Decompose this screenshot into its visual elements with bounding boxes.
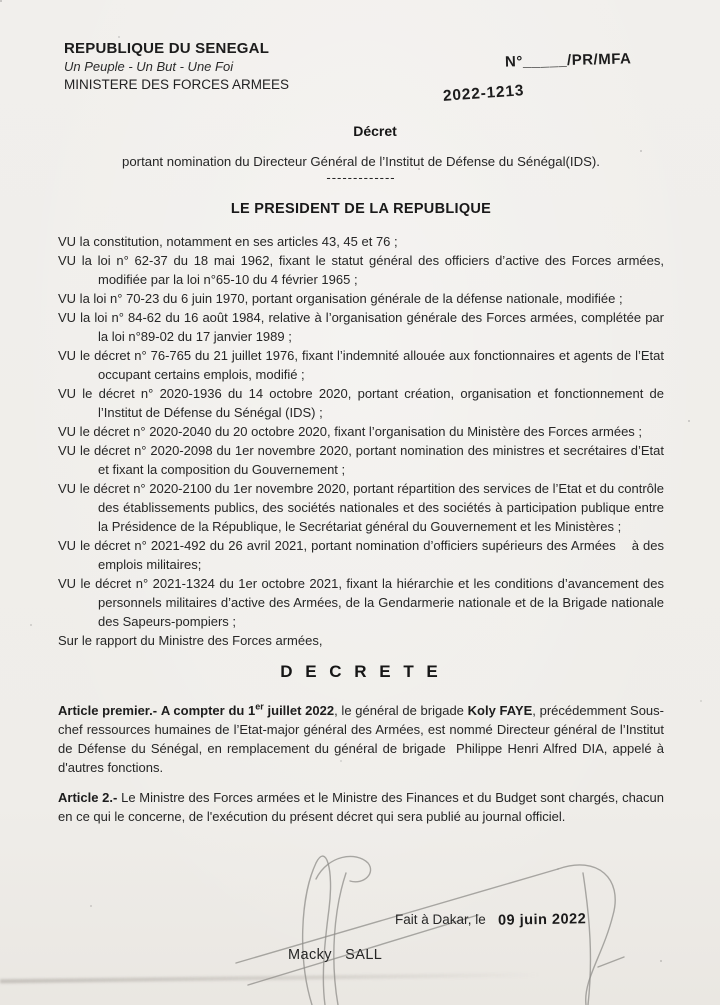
vu-prefix: VU	[58, 348, 76, 363]
article-1: Article premier.- A compter du 1er juill…	[58, 701, 664, 777]
president-heading: LE PRESIDENT DE LA REPUBLIQUE	[58, 200, 664, 219]
vu-prefix: VU	[58, 538, 76, 553]
decree-document: REPUBLIQUE DU SENEGAL Un Peuple - Un But…	[0, 0, 720, 1005]
article-1-label: Article premier.-	[58, 703, 157, 718]
vu-prefix: VU	[58, 576, 76, 591]
vu-clause: VU la constitution, notamment en ses art…	[58, 232, 664, 251]
article-1-date-tail: juillet 2022	[264, 703, 334, 718]
reference-number: N°_____/PR/MFA	[505, 50, 632, 70]
place-label: Fait à Dakar, le	[395, 912, 486, 927]
place-date-line: Fait à Dakar, le09 juin 2022	[395, 912, 586, 928]
vu-clause: VU le décret n° 2020-1936 du 14 octobre …	[58, 384, 664, 422]
vu-clause: VU le décret n° 2021-1324 du 1er octobre…	[58, 574, 664, 631]
vu-prefix: VU	[58, 234, 76, 249]
document-subtitle: portant nomination du Directeur Général …	[58, 152, 664, 171]
decree-body: Décret portant nomination du Directeur G…	[58, 122, 664, 837]
separator-dashes: -------------	[58, 173, 664, 183]
decrete-heading: D E C R E T E	[58, 662, 664, 681]
scan-shadow-streak	[0, 973, 540, 984]
vu-prefix: VU	[58, 253, 76, 268]
vu-clause: VU le décret n° 2020-2100 du 1er novembr…	[58, 479, 664, 536]
vu-prefix: VU	[58, 443, 76, 458]
vu-prefix: VU	[58, 291, 76, 306]
vu-clause: VU la loi n° 70-23 du 6 juin 1970, porta…	[58, 289, 664, 308]
vu-clauses-list: VU la constitution, notamment en ses art…	[58, 232, 664, 631]
document-title: Décret	[86, 122, 664, 141]
vu-prefix: VU	[58, 386, 76, 401]
article-2: Article 2.- Le Ministre des Forces armée…	[58, 788, 664, 826]
decree-number-stamp: 2022-1213	[442, 82, 524, 106]
vu-clause: VU la loi n° 84-62 du 16 août 1984, rela…	[58, 308, 664, 346]
vu-clause: VU le décret n° 2020-2040 du 20 octobre …	[58, 422, 664, 441]
article-1-date-lead: A compter du 1	[161, 703, 255, 718]
article-1-mid-text: , le général de brigade	[334, 703, 468, 718]
article-1-appointee-name: Koly FAYE	[468, 703, 533, 718]
vu-clause: VU la loi n° 62-37 du 18 mai 1962, fixan…	[58, 251, 664, 289]
national-motto: Un Peuple - Un But - Une Foi	[64, 59, 289, 74]
vu-prefix: VU	[58, 481, 76, 496]
signer-name: Macky SALL	[288, 947, 382, 963]
article-2-label: Article 2.-	[58, 790, 117, 805]
vu-clause: VU le décret n° 76-765 du 21 juillet 197…	[58, 346, 664, 384]
report-line: Sur le rapport du Ministre des Forces ar…	[58, 631, 664, 650]
republic-title: REPUBLIQUE DU SENEGAL	[64, 40, 289, 57]
scan-noise-specks	[0, 0, 2, 2]
article-2-text: Le Ministre des Forces armées et le Mini…	[58, 790, 664, 824]
vu-prefix: VU	[58, 310, 76, 325]
vu-prefix: VU	[58, 424, 76, 439]
article-1-date-sup: er	[255, 702, 264, 712]
vu-clause: VU le décret n° 2021-492 du 26 avril 202…	[58, 536, 664, 574]
decree-date: 09 juin 2022	[498, 911, 586, 929]
ministry-name: MINISTERE DES FORCES ARMEES	[64, 77, 289, 92]
letterhead: REPUBLIQUE DU SENEGAL Un Peuple - Un But…	[64, 40, 289, 92]
vu-clause: VU le décret n° 2020-2098 du 1er novembr…	[58, 441, 664, 479]
